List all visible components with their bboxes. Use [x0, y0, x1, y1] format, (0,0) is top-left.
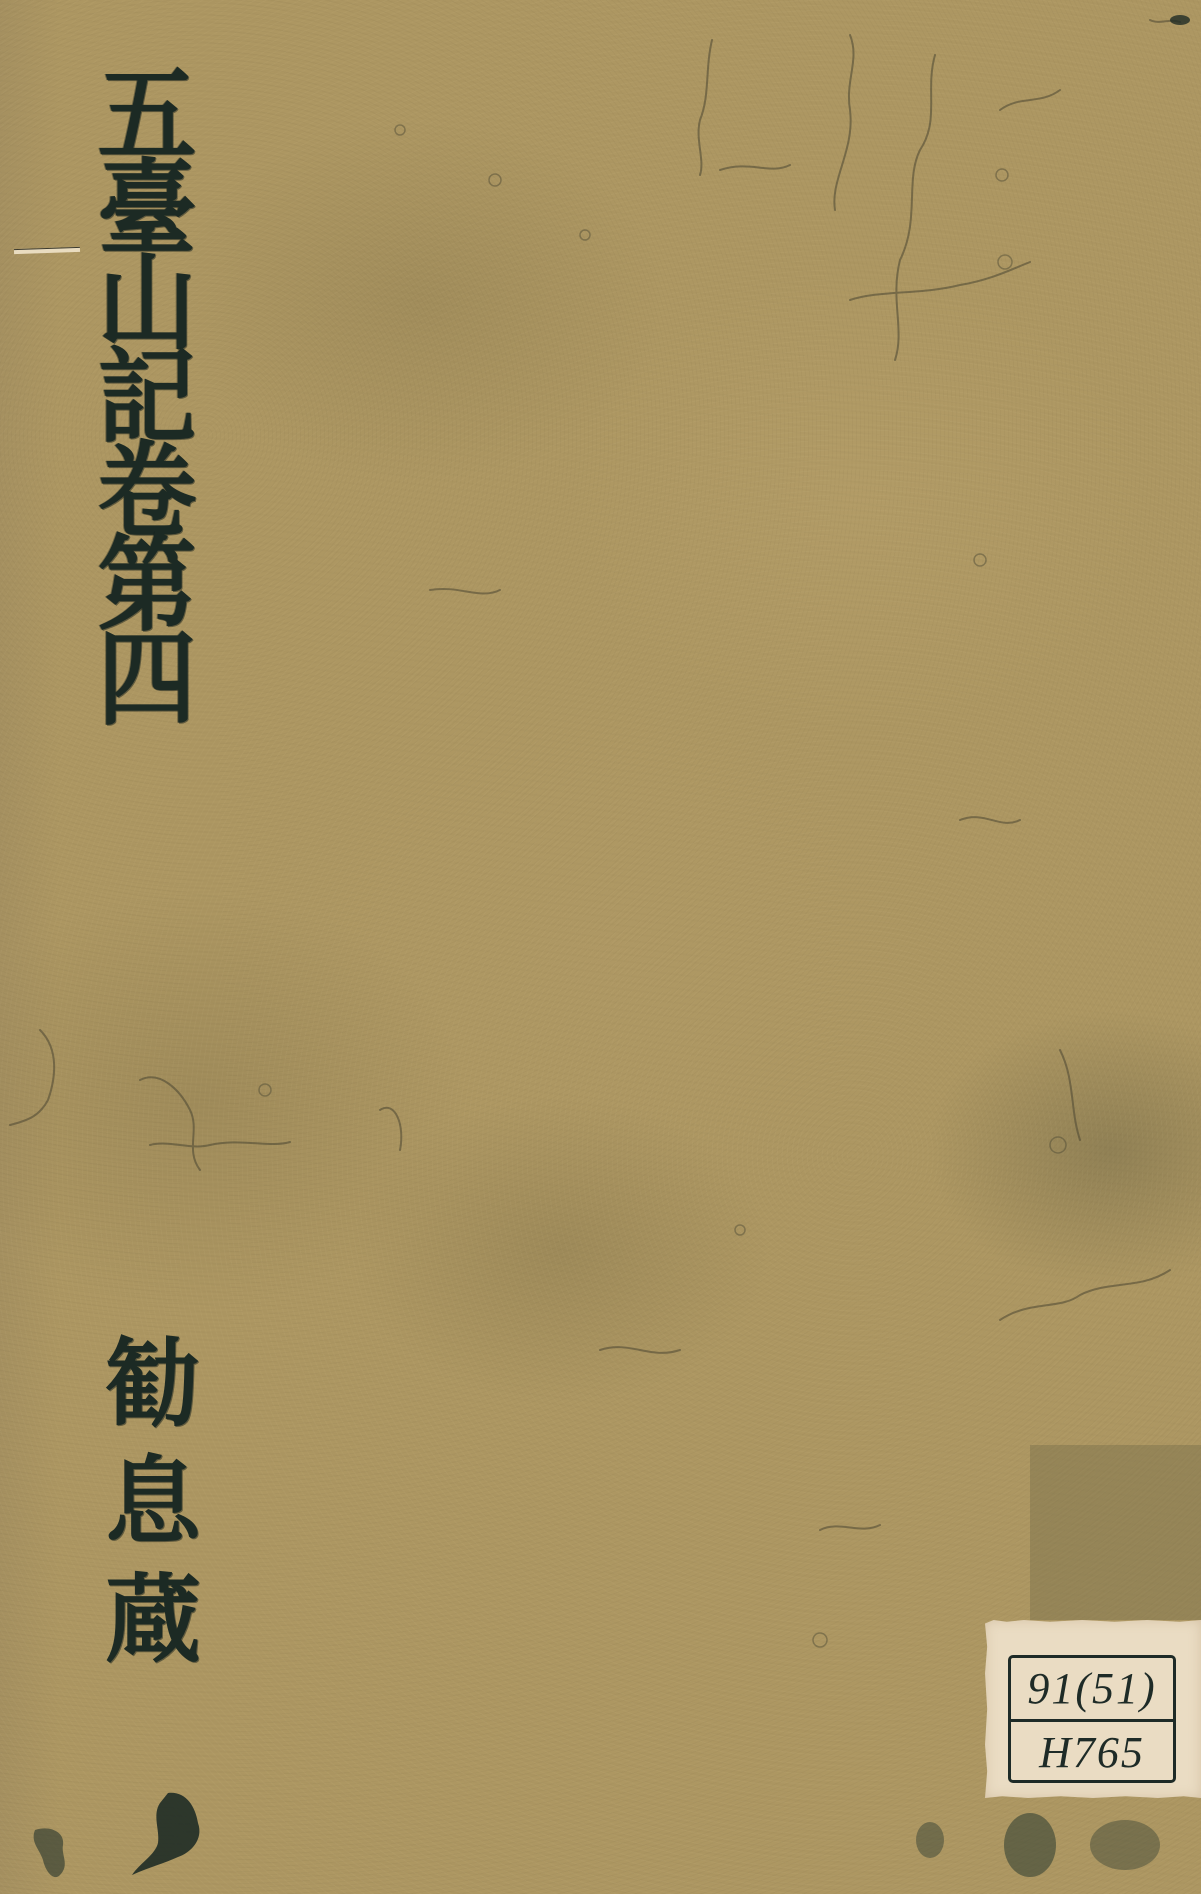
call-number-class: 91(51)	[1011, 1658, 1173, 1719]
ink-stain	[990, 1805, 1070, 1885]
book-title: 五 臺 山 記 卷 第 四	[62, 68, 232, 726]
ink-stain	[1080, 1800, 1170, 1880]
label-frame: 91(51) H765	[1008, 1655, 1176, 1783]
faded-label-outline	[1030, 1445, 1201, 1620]
call-number-item: H765	[1011, 1719, 1173, 1783]
title-char: 四	[98, 632, 197, 726]
inscription-char: 勧	[105, 1325, 201, 1443]
ink-stain	[905, 1810, 955, 1870]
library-call-number-label: 91(51) H765	[985, 1620, 1201, 1798]
inscription-char: 息	[105, 1443, 201, 1561]
ink-blot	[120, 1785, 220, 1885]
book-cover: 五 臺 山 記 卷 第 四 勧 息 蔵 91(51) H765	[0, 0, 1201, 1894]
ink-stain	[1165, 10, 1195, 30]
ink-stain	[25, 1820, 85, 1890]
inscription-char: 蔵	[105, 1561, 201, 1679]
owner-inscription: 勧 息 蔵	[88, 1325, 218, 1679]
